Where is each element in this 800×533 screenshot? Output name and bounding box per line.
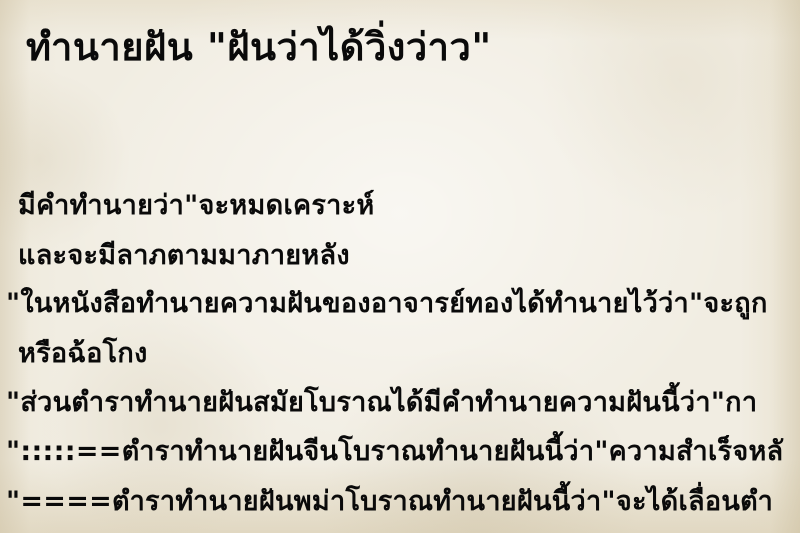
prediction-line: หรือฉ้อโกง xyxy=(18,336,148,372)
prediction-line: "====ตำราทำนายฝันพม่าโบราณทำนายฝันนี้ว่า… xyxy=(6,484,773,520)
page-title: ทำนายฝัน "ฝันว่าได้วิ่งว่าว" xyxy=(26,22,492,72)
prediction-line: "ส่วนตำราทำนายฝันสมัยโบราณได้มีคำทำนายคว… xyxy=(6,385,757,421)
prediction-line: ":::::==ตำราทำนายฝันจีนโบราณทำนายฝันนี้ว… xyxy=(6,434,783,470)
prediction-line: "ในหนังสือทำนายความฝันของอาจารย์ทองได้ทำ… xyxy=(6,286,768,322)
prediction-line: มีคำทำนายว่า"จะหมดเคราะห์ xyxy=(18,188,375,224)
prediction-line: และจะมีลาภตามมาภายหลัง xyxy=(18,238,350,274)
